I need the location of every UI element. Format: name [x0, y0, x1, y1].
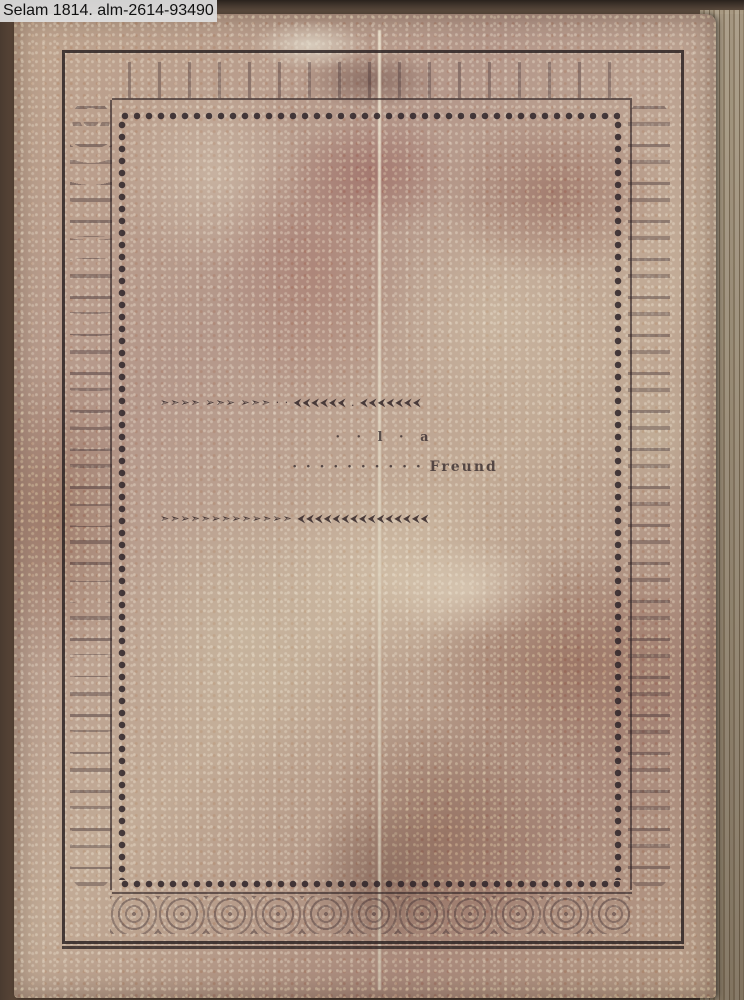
ornamental-border-bottom	[110, 896, 630, 934]
inner-rule-right	[630, 100, 632, 890]
beaded-border-bottom	[120, 880, 620, 888]
image-caption-label: Selam 1814. alm-2614-93490	[0, 0, 217, 22]
ornamental-border-right	[628, 100, 670, 890]
inner-rule-left	[110, 100, 112, 890]
ornamental-border-left	[70, 100, 112, 890]
beaded-border-left	[118, 120, 126, 880]
beaded-border-right	[614, 120, 622, 880]
inner-rule-bottom	[112, 892, 632, 894]
beaded-border-top	[120, 112, 620, 120]
arrow-ornament-rule-top: ➣➣➢➣ ➢➣➢ ➢➣➣ · · ⮜⮜⮜⮜⮜⮜ . ⮜⮜⮜⮜⮜⮜⮜	[160, 398, 590, 408]
inner-rule-top	[112, 98, 632, 100]
title-line-2: · · · · · · · · · · Freund	[150, 459, 600, 475]
cover-title: · · l · a · · · · · · · · · · Freund	[150, 430, 600, 475]
title-line-1: · · l · a	[150, 430, 600, 445]
outer-frame	[62, 50, 684, 944]
arrow-ornament-rule-bottom: ➣➣➢➣➣➢➣➢➣➢➣➢➣ ⮜⮜⮜⮜⮜⮜⮜⮜⮜⮜⮜⮜⮜⮜⮜	[160, 514, 590, 524]
ornamental-border-top	[120, 62, 620, 98]
